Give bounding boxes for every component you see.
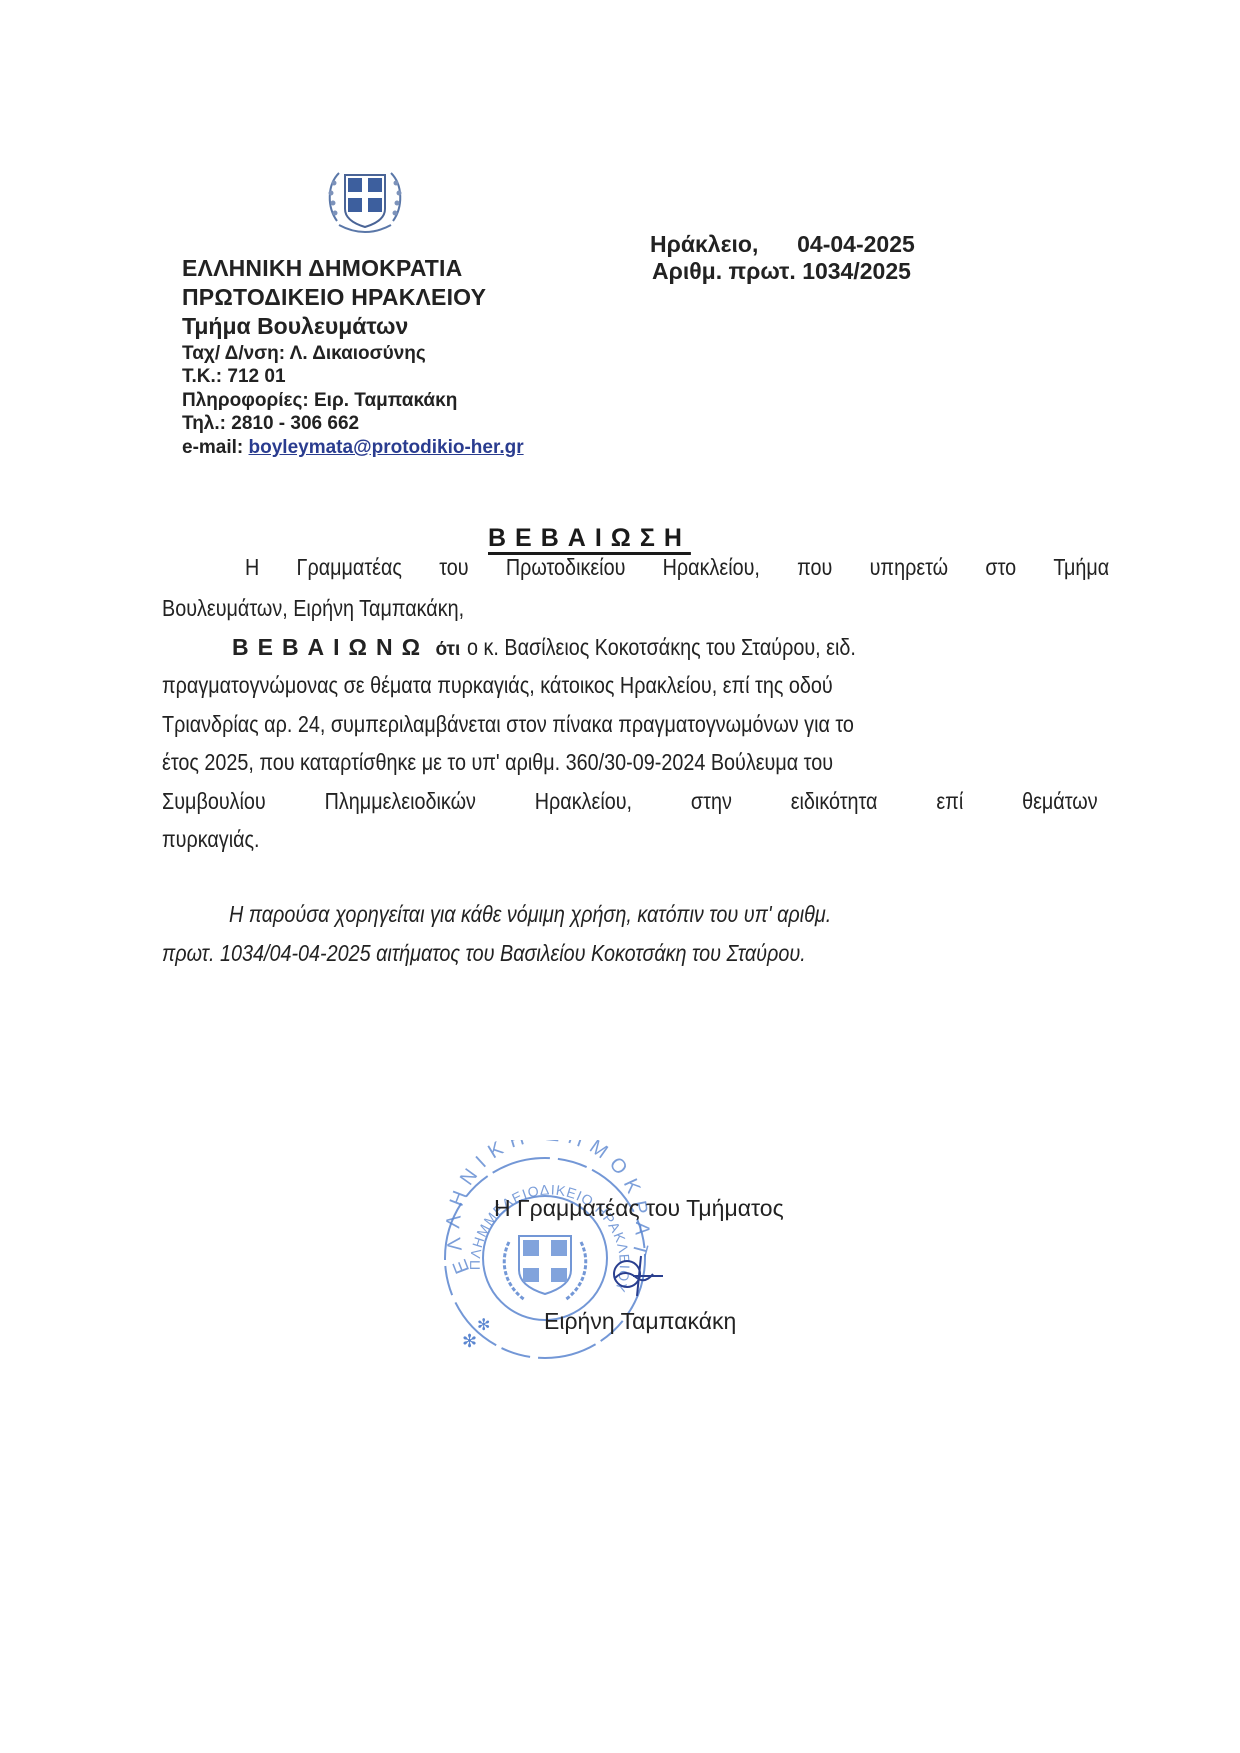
word: Ηρακλείου, <box>535 788 632 815</box>
word: Πρωτοδικείου <box>506 552 626 582</box>
signatory-role: Η Γραμματέας του Τμήματος <box>494 1195 784 1222</box>
email-row: e-mail: boyleymata@protodikio-her.gr <box>182 437 524 459</box>
word: θεμάτων <box>1022 788 1098 815</box>
word: Γραμματέας <box>297 552 402 582</box>
certify-rest: ο κ. Βασίλειος Κοκοτσάκης του Σταύρου, ε… <box>467 634 856 661</box>
email-link[interactable]: boyleymata@protodikio-her.gr <box>249 437 524 458</box>
body-line: Η παρούσα χορηγείται για κάθε νόμιμη χρή… <box>229 901 831 928</box>
word: Πλημμελειοδικών <box>325 788 476 815</box>
place: Ηράκλειο, <box>650 231 758 257</box>
email-label: e-mail: <box>182 437 243 458</box>
body-line: Βουλευμάτων, Ειρήνη Ταμπακάκη, <box>162 595 464 622</box>
body-line: έτος 2025, που καταρτίσθηκε με το υπ' αρ… <box>162 749 833 776</box>
certify-oti: ότι <box>435 639 460 660</box>
word: Τμήμα <box>1053 552 1109 582</box>
word: υπηρετώ <box>870 552 949 582</box>
word: που <box>797 552 832 582</box>
place-date: Ηράκλειο, 04-04-2025 <box>650 231 915 258</box>
word: επί <box>936 788 963 815</box>
body-line: πυρκαγιάς. <box>162 826 260 853</box>
svg-text:✻: ✻ <box>462 1331 477 1351</box>
body-line: ΣυμβουλίουΠλημμελειοδικώνΗρακλείου,στηνε… <box>162 788 1098 815</box>
court-name: ΠΡΩΤΟΔΙΚΕΙΟ ΗΡΑΚΛΕΙΟΥ <box>182 284 486 311</box>
body-line: πρωτ. 1034/04-04-2025 αιτήματος του Βασι… <box>162 940 806 967</box>
greek-coat-of-arms-icon <box>325 163 405 237</box>
info-contact: Πληροφορίες: Ειρ. Ταμπακάκη <box>182 390 457 412</box>
word: στο <box>985 552 1016 582</box>
handwritten-signature-icon <box>607 1248 667 1298</box>
word: στην <box>691 788 732 815</box>
word: Συμβουλίου <box>162 788 266 815</box>
date: 04-04-2025 <box>797 231 915 257</box>
protocol-row: Αριθμ. πρωτ. 1034/2025 <box>652 258 911 285</box>
document-title: ΒΕΒΑΙΩΣΗ <box>488 524 691 553</box>
address: Ταχ/ Δ/νση: Λ. Δικαιοσύνης <box>182 343 426 365</box>
signatory-name: Ειρήνη Ταμπακάκη <box>544 1308 736 1335</box>
certify-line: ΒΕΒΑΙΩΝΩ ότι ο κ. Βασίλειος Κοκοτσάκης τ… <box>232 634 919 661</box>
word: ειδικότητα <box>791 788 878 815</box>
word: Η <box>245 552 259 582</box>
postal-code: Τ.Κ.: 712 01 <box>182 366 286 388</box>
protocol-number: 1034/2025 <box>802 258 911 284</box>
body-line: πραγματογνώμονας σε θέματα πυρκαγιάς, κά… <box>162 672 833 699</box>
country-name: ΕΛΛΗΝΙΚΗ ΔΗΜΟΚΡΑΤΙΑ <box>182 255 462 282</box>
body-line: Τριανδρίας αρ. 24, συμπεριλαμβάνεται στο… <box>162 711 854 738</box>
word: του <box>439 552 468 582</box>
certify-word: ΒΕΒΑΙΩΝΩ <box>232 634 429 660</box>
body-line: ΗΓραμματέαςτουΠρωτοδικείουΗρακλείου,πουυ… <box>245 552 1109 582</box>
phone: Τηλ.: 2810 - 306 662 <box>182 413 359 435</box>
svg-text:✻: ✻ <box>477 1317 490 1334</box>
protocol-label: Αριθμ. πρωτ. <box>652 258 796 284</box>
word: Ηρακλείου, <box>663 552 760 582</box>
department-name: Τμήμα Βουλευμάτων <box>182 313 408 340</box>
